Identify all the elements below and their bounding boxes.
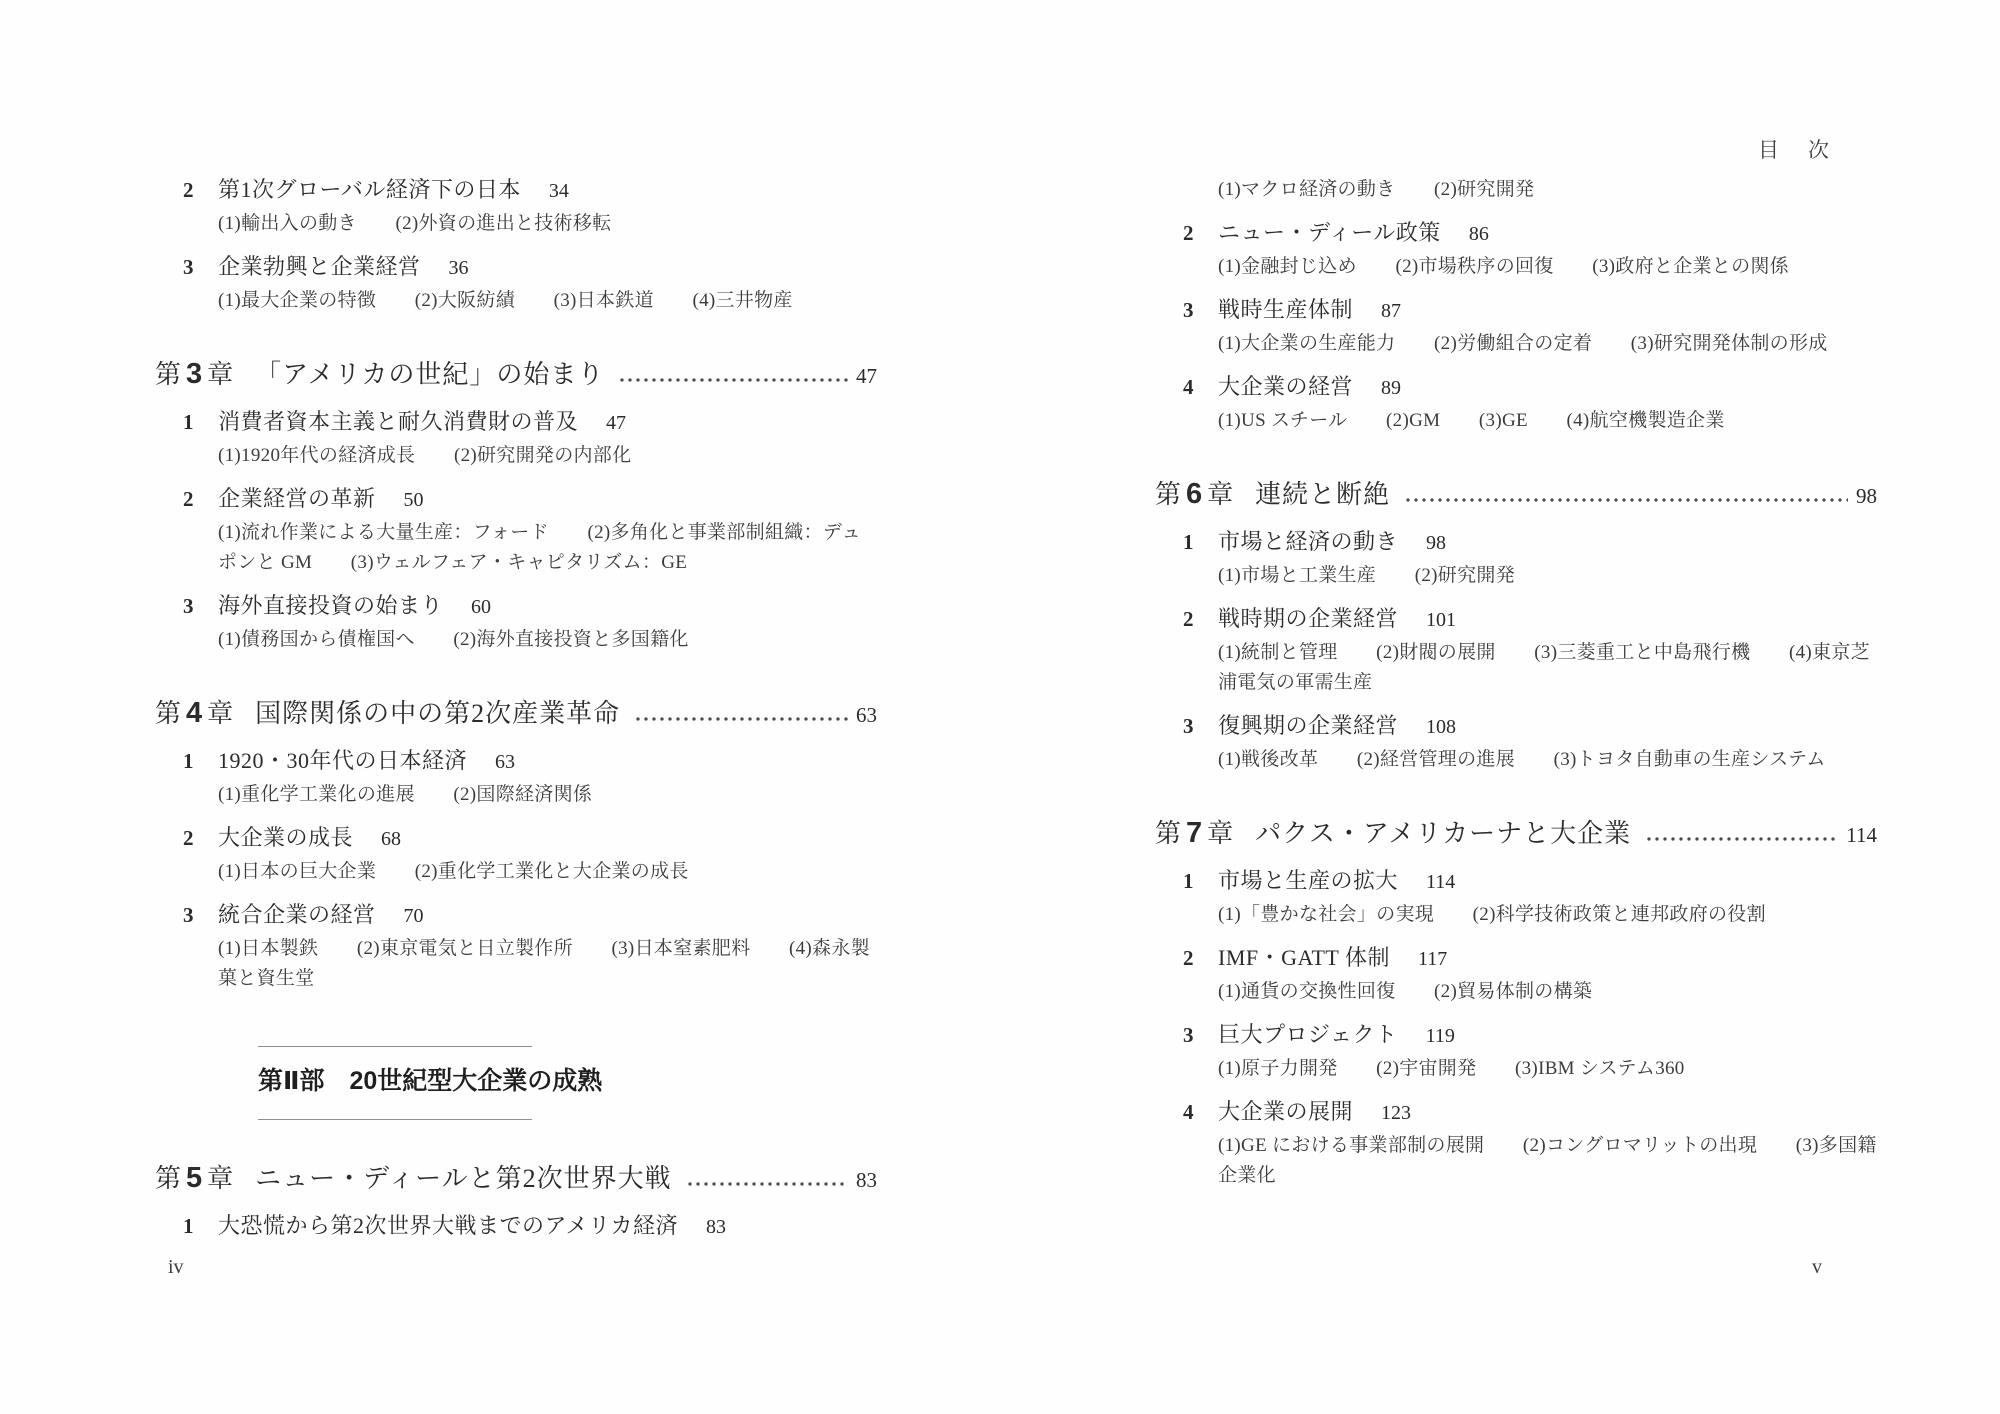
chapter-number: 6 [1186,476,1202,512]
section-number: 1 [183,1211,218,1241]
toc-running-head: 目 次 [1758,134,1833,164]
chapter-title: パクス・アメリカーナと大企業 [1255,816,1631,852]
section-title: 企業勃興と企業経営 [218,254,421,279]
section-title: 戦時期の企業経営 [1218,606,1398,631]
section-title: 市場と生産の拡大 [1218,868,1398,893]
toc-section-entry: 3統合企業の経営70(1)日本製鉄 (2)東京電気と日立製作所 (3)日本窒素肥… [155,900,877,994]
section-number: 1 [1183,866,1218,896]
section-page-number: 70 [404,905,424,927]
section-line: 11920・30年代の日本経済63 [155,746,877,777]
subsection-list: (1)US スチール (2)GM (3)GE (4)航空機製造企業 [1155,406,1877,436]
chapter-page-number: 114 [1846,817,1877,853]
section-title: 消費者資本主義と耐久消費財の普及 [218,409,578,434]
toc-chapter-entry: 第6章連続と断絶98 [1155,476,1877,514]
page-number-left: iv [168,1256,184,1279]
section-number: 3 [1183,711,1218,741]
section-title: 市場と経済の動き [1218,529,1398,554]
section-number: 4 [1183,1097,1218,1127]
toc-section-entry: 4大企業の経営89(1)US スチール (2)GM (3)GE (4)航空機製造… [1155,372,1877,436]
toc-chapter-entry: 第3章「アメリカの世紀」の始まり47 [155,356,877,394]
section-page-number: 86 [1469,223,1489,245]
section-line: 4大企業の経営89 [1155,372,1877,403]
toc-section-entry: 3復興期の企業経営108(1)戦後改革 (2)経営管理の進展 (3)トヨタ自動車… [1155,711,1877,775]
subsection-list: (1)債務国から債権国へ (2)海外直接投資と多国籍化 [155,625,877,655]
section-title: 統合企業の経営 [218,902,376,927]
part-title: 第Ⅱ部 20世紀型大企業の成熟 [258,1047,532,1119]
section-line: 3統合企業の経営70 [155,900,877,931]
chapter-suffix: 章 [207,357,233,393]
section-title: 巨大プロジェクト [1218,1022,1398,1047]
subsection-list: (1)戦後改革 (2)経営管理の進展 (3)トヨタ自動車の生産システム [1155,745,1877,775]
chapter-prefix: 第 [155,357,181,393]
chapter-page-number: 98 [1856,478,1877,514]
section-title: 企業経営の革新 [218,486,376,511]
chapter-suffix: 章 [207,1161,233,1197]
toc-section-entry: 4大企業の展開123(1)GE における事業部制の展開 (2)コングロマリットの… [1155,1097,1877,1191]
section-page-number: 63 [495,751,515,773]
dot-leader [1645,834,1838,844]
section-line: 3企業勃興と企業経営36 [155,252,877,283]
chapter-prefix: 第 [155,696,181,732]
toc-section-entry: 2IMF・GATT 体制117(1)通貨の交換性回復 (2)貿易体制の構築 [1155,943,1877,1007]
chapter-prefix: 第 [1155,477,1181,513]
section-number: 1 [1183,527,1218,557]
subsection-list: (1)原子力開発 (2)宇宙開発 (3)IBM システム360 [1155,1054,1877,1084]
section-page-number: 119 [1426,1025,1455,1047]
section-number: 2 [1183,943,1218,973]
section-line: 1市場と経済の動き98 [1155,527,1877,558]
section-line: 2大企業の成長68 [155,823,877,854]
section-number: 3 [183,591,218,621]
section-number: 2 [183,484,218,514]
section-title: 第1次グローバル経済下の日本 [218,177,521,202]
subsection-list: (1)GE における事業部制の展開 (2)コングロマリットの出現 (3)多国籍企… [1155,1131,1877,1191]
page-right: (1)マクロ経済の動き (2)研究開発2ニュー・ディール政策86(1)金融封じ込… [1155,175,1877,1191]
section-page-number: 101 [1426,609,1456,631]
chapter-suffix: 章 [207,696,233,732]
section-line: 2第1次グローバル経済下の日本34 [155,175,877,206]
section-line: 1消費者資本主義と耐久消費財の普及47 [155,407,877,438]
subsection-list: (1)最大企業の特徴 (2)大阪紡績 (3)日本鉄道 (4)三井物産 [155,286,877,316]
chapter-title: 「アメリカの世紀」の始まり [255,357,604,393]
section-line: 2IMF・GATT 体制117 [1155,943,1877,974]
chapter-prefix: 第 [1155,816,1181,852]
section-number: 2 [1183,604,1218,634]
section-number: 3 [1183,1020,1218,1050]
toc-section-entry: 3戦時生産体制87(1)大企業の生産能力 (2)労働組合の定着 (3)研究開発体… [1155,295,1877,359]
section-page-number: 36 [449,257,469,279]
section-title: ニュー・ディール政策 [1218,220,1441,245]
toc-section-entry: 2企業経営の革新50(1)流れ作業による大量生産：フォード (2)多角化と事業部… [155,484,877,578]
subsection-list: (1)日本製鉄 (2)東京電気と日立製作所 (3)日本窒素肥料 (4)森永製菓と… [155,934,877,994]
section-page-number: 34 [549,180,569,202]
subsection-list: (1)大企業の生産能力 (2)労働組合の定着 (3)研究開発体制の形成 [1155,329,1877,359]
section-number: 2 [183,175,218,205]
chapter-suffix: 章 [1207,477,1233,513]
chapter-number: 4 [186,695,202,731]
section-title: 大恐慌から第2次世界大戦までのアメリカ経済 [218,1213,678,1238]
section-page-number: 60 [471,596,491,618]
section-title: 大企業の経営 [1218,374,1353,399]
subsection-list: (1)通貨の交換性回復 (2)貿易体制の構築 [1155,977,1877,1007]
section-line: 3戦時生産体制87 [1155,295,1877,326]
section-number: 3 [183,900,218,930]
chapter-title: ニュー・ディールと第2次世界大戦 [255,1161,671,1197]
toc-section-entry: 2戦時期の企業経営101(1)統制と管理 (2)財閥の展開 (3)三菱重工と中島… [1155,604,1877,698]
toc-section-entry: 3巨大プロジェクト119(1)原子力開発 (2)宇宙開発 (3)IBM システム… [1155,1020,1877,1084]
section-page-number: 89 [1381,377,1401,399]
chapter-number: 7 [1186,815,1202,851]
section-line: 3巨大プロジェクト119 [1155,1020,1877,1051]
dot-leader [618,375,848,385]
toc-chapter-entry: 第7章パクス・アメリカーナと大企業114 [1155,815,1877,853]
section-line: 4大企業の展開123 [1155,1097,1877,1128]
section-number: 2 [1183,218,1218,248]
section-page-number: 114 [1426,871,1455,893]
part-divider: 第Ⅱ部 20世紀型大企業の成熟 [258,1046,532,1120]
chapter-number: 5 [186,1160,202,1196]
section-number: 3 [183,252,218,282]
section-page-number: 47 [606,412,626,434]
section-number: 1 [183,746,218,776]
chapter-page-number: 83 [856,1162,877,1198]
chapter-title: 国際関係の中の第2次産業革命 [255,696,620,732]
chapter-prefix: 第 [155,1161,181,1197]
page-left: 2第1次グローバル経済下の日本34(1)輸出入の動き (2)外資の進出と技術移転… [155,175,877,1242]
chapter-page-number: 47 [856,358,877,394]
section-line: 2企業経営の革新50 [155,484,877,515]
section-title: 大企業の成長 [218,825,353,850]
subsection-list: (1)流れ作業による大量生産：フォード (2)多角化と事業部制組織：デュポンと … [155,518,877,578]
section-page-number: 123 [1381,1102,1411,1124]
dot-leader [634,714,848,724]
subsection-list: (1)日本の巨大企業 (2)重化学工業化と大企業の成長 [155,857,877,887]
subsection-list: (1)重化学工業化の進展 (2)国際経済関係 [155,780,877,810]
section-number: 2 [183,823,218,853]
toc-section-entry: 2第1次グローバル経済下の日本34(1)輸出入の動き (2)外資の進出と技術移転 [155,175,877,239]
chapter-number: 3 [186,356,202,392]
section-line: 3海外直接投資の始まり60 [155,591,877,622]
section-page-number: 117 [1418,948,1447,970]
section-page-number: 50 [404,489,424,511]
toc-chapter-entry: 第4章国際関係の中の第2次産業革命63 [155,695,877,733]
section-page-number: 68 [381,828,401,850]
toc-section-entry: 1消費者資本主義と耐久消費財の普及47(1)1920年代の経済成長 (2)研究開… [155,407,877,471]
section-number: 3 [1183,295,1218,325]
chapter-page-number: 63 [856,697,877,733]
section-number: 4 [1183,372,1218,402]
section-page-number: 98 [1426,532,1446,554]
section-line: 1大恐慌から第2次世界大戦までのアメリカ経済83 [155,1211,877,1242]
page-number-right: v [1812,1256,1822,1279]
section-title: 復興期の企業経営 [1218,713,1398,738]
subsection-list: (1)輸出入の動き (2)外資の進出と技術移転 [155,209,877,239]
section-page-number: 108 [1426,716,1456,738]
chapter-title: 連続と断絶 [1255,477,1390,513]
toc-section-entry: 3企業勃興と企業経営36(1)最大企業の特徴 (2)大阪紡績 (3)日本鉄道 (… [155,252,877,316]
toc-section-entry: 3海外直接投資の始まり60(1)債務国から債権国へ (2)海外直接投資と多国籍化 [155,591,877,655]
dot-leader [686,1179,848,1189]
toc-section-entry: 2大企業の成長68(1)日本の巨大企業 (2)重化学工業化と大企業の成長 [155,823,877,887]
toc-spread: 目 次 2第1次グローバル経済下の日本34(1)輸出入の動き (2)外資の進出と… [0,0,2000,1414]
toc-section-entry: 2ニュー・ディール政策86(1)金融封じ込め (2)市場秩序の回復 (3)政府と… [1155,218,1877,282]
section-page-number: 83 [706,1216,726,1238]
section-page-number: 87 [1381,300,1401,322]
subsection-list-continued: (1)マクロ経済の動き (2)研究開発 [1155,175,1877,205]
section-line: 1市場と生産の拡大114 [1155,866,1877,897]
subsection-list: (1)1920年代の経済成長 (2)研究開発の内部化 [155,441,877,471]
subsection-list: (1)「豊かな社会」の実現 (2)科学技術政策と連邦政府の役割 [1155,900,1877,930]
toc-section-entry: 1市場と経済の動き98(1)市場と工業生産 (2)研究開発 [1155,527,1877,591]
section-line: 2戦時期の企業経営101 [1155,604,1877,635]
section-line: 3復興期の企業経営108 [1155,711,1877,742]
toc-chapter-entry: 第5章ニュー・ディールと第2次世界大戦83 [155,1160,877,1198]
subsection-list: (1)金融封じ込め (2)市場秩序の回復 (3)政府と企業との関係 [1155,252,1877,282]
toc-section-entry: 1大恐慌から第2次世界大戦までのアメリカ経済83 [155,1211,877,1242]
dot-leader [1404,495,1848,505]
subsection-list: (1)統制と管理 (2)財閥の展開 (3)三菱重工と中島飛行機 (4)東京芝浦電… [1155,638,1877,698]
section-title: 戦時生産体制 [1218,297,1353,322]
section-title: 海外直接投資の始まり [218,593,443,618]
section-line: 2ニュー・ディール政策86 [1155,218,1877,249]
section-title: IMF・GATT 体制 [1218,945,1390,970]
subsection-list: (1)市場と工業生産 (2)研究開発 [1155,561,1877,591]
chapter-suffix: 章 [1207,816,1233,852]
toc-section-entry: 11920・30年代の日本経済63(1)重化学工業化の進展 (2)国際経済関係 [155,746,877,810]
section-number: 1 [183,407,218,437]
section-title: 1920・30年代の日本経済 [218,748,467,773]
section-title: 大企業の展開 [1218,1099,1353,1124]
toc-section-entry: 1市場と生産の拡大114(1)「豊かな社会」の実現 (2)科学技術政策と連邦政府… [1155,866,1877,930]
